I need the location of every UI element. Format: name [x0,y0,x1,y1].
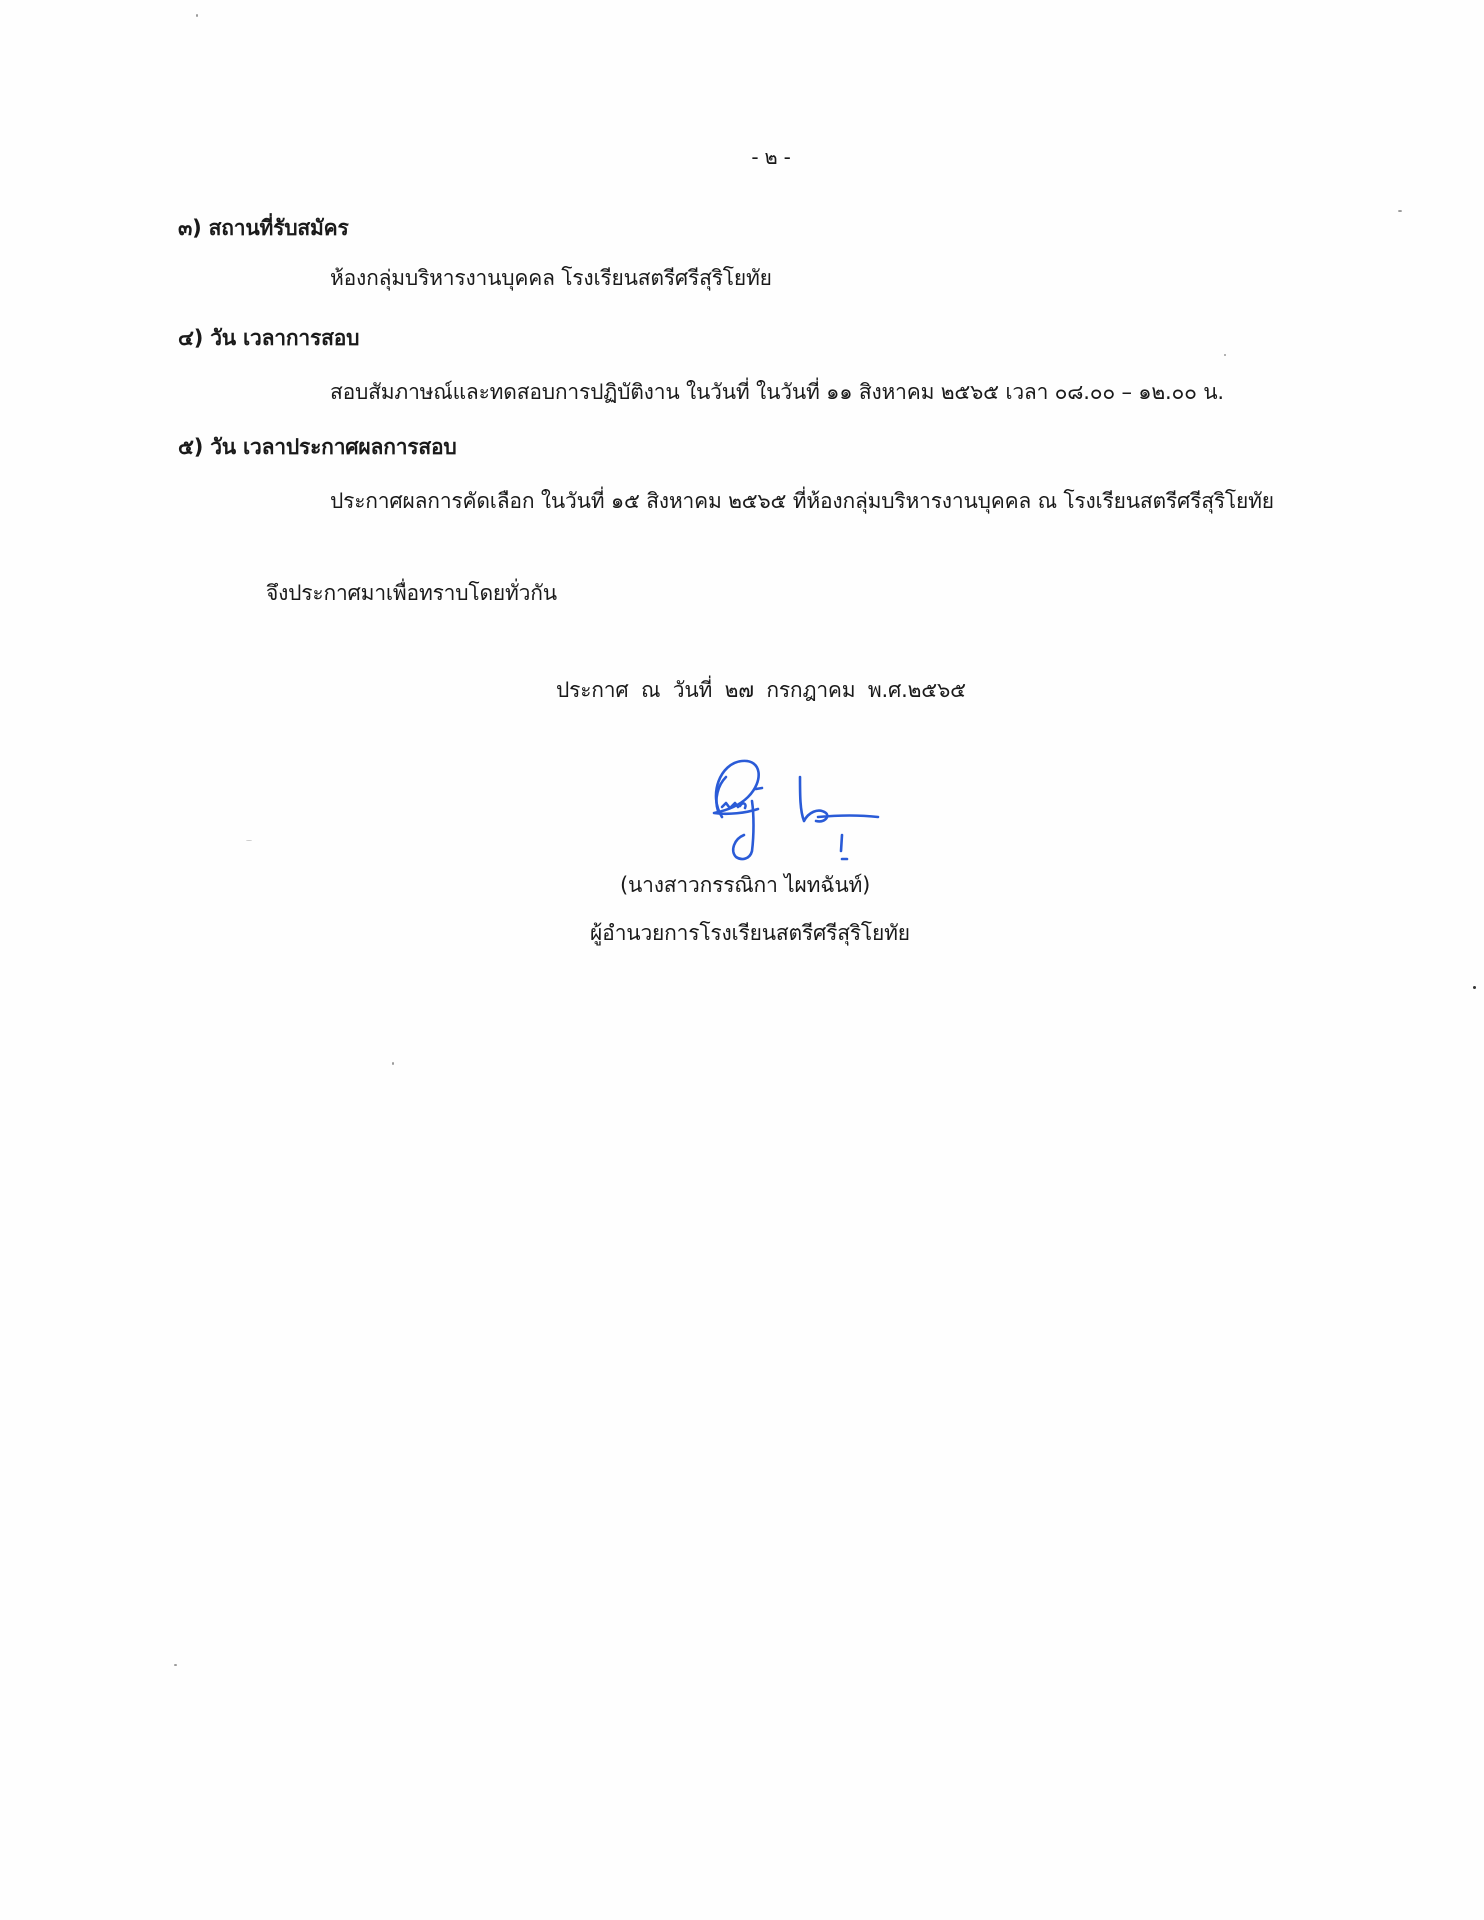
section-body-application-place: ห้องกลุ่มบริหารงานบุคคล โรงเรียนสตรีศรีส… [330,263,772,293]
section-body-exam-time: สอบสัมภาษณ์และทดสอบการปฏิบัติงาน ในวันที… [330,377,1224,407]
signer-title: ผู้อำนวยการโรงเรียนสตรีศรีสุริโยทัย [590,918,910,948]
signer-name: (นางสาวกรรณิกา ไผทฉันท์) [620,870,870,900]
section-heading-application-place: ๓) สถานที่รับสมัคร [178,213,349,243]
page-number: - ๒ - [0,142,1484,172]
scan-speck [392,1062,394,1065]
scan-speck [1224,354,1226,356]
closing-statement: จึงประกาศมาเพื่อทราบโดยทั่วกัน [266,578,557,608]
section-body-result-announcement: ประกาศผลการคัดเลือก ในวันที่ ๑๕ สิงหาคม … [330,486,1274,516]
scan-speck [196,14,198,17]
scan-speck [1398,210,1402,212]
scan-speck [246,840,252,841]
document-page: - ๒ - ๓) สถานที่รับสมัคร ห้องกลุ่มบริหาร… [0,0,1484,1920]
section-heading-exam-time: ๔) วัน เวลาการสอบ [178,323,359,353]
scan-speck [1473,986,1476,989]
section-heading-result-announcement: ๕) วัน เวลาประกาศผลการสอบ [178,432,457,462]
announcement-date: ประกาศ ณ วันที่ ๒๗ กรกฎาคม พ.ศ.๒๕๖๕ [556,675,966,705]
signature-icon [700,755,890,870]
scan-speck [174,1664,177,1666]
